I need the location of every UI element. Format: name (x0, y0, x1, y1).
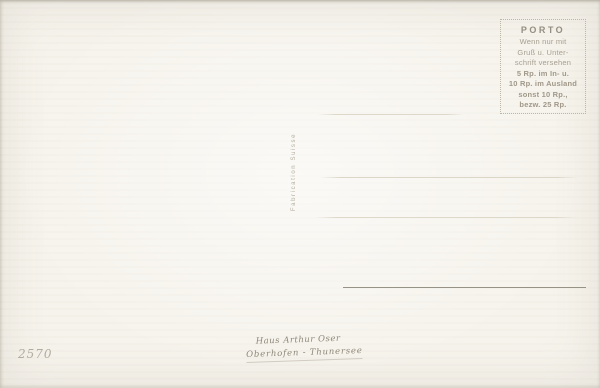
porto-line: 5 Rp. im In- u. (501, 69, 585, 80)
porto-line: sonst 10 Rp., (501, 90, 585, 101)
faint-address-line (320, 177, 578, 178)
postcard-back: PORTO Wenn nur mit Gruß u. Unter- schrif… (0, 0, 600, 388)
porto-line: 10 Rp. im Ausland (501, 79, 585, 90)
faint-address-line (318, 114, 464, 115)
porto-rate-box: PORTO Wenn nur mit Gruß u. Unter- schrif… (500, 19, 586, 114)
porto-title: PORTO (501, 25, 585, 35)
porto-line: Gruß u. Unter- (501, 48, 585, 59)
maker-mark-vertical-text: Fabrication Suisse (291, 133, 297, 211)
porto-line: Wenn nur mit (501, 37, 585, 48)
handwritten-line-2: Oberhofen - Thunersee (246, 345, 363, 363)
serial-number: 2570 (18, 347, 53, 361)
faint-address-line (315, 217, 577, 218)
scan-top-edge-shadow (0, 0, 600, 2)
address-divider-line (343, 287, 586, 288)
porto-line: bezw. 25 Rp. (501, 100, 585, 111)
porto-line: schrift versehen (501, 58, 585, 69)
handwritten-note: Haus Arthur Oser Oberhofen - Thunersee (246, 332, 363, 363)
